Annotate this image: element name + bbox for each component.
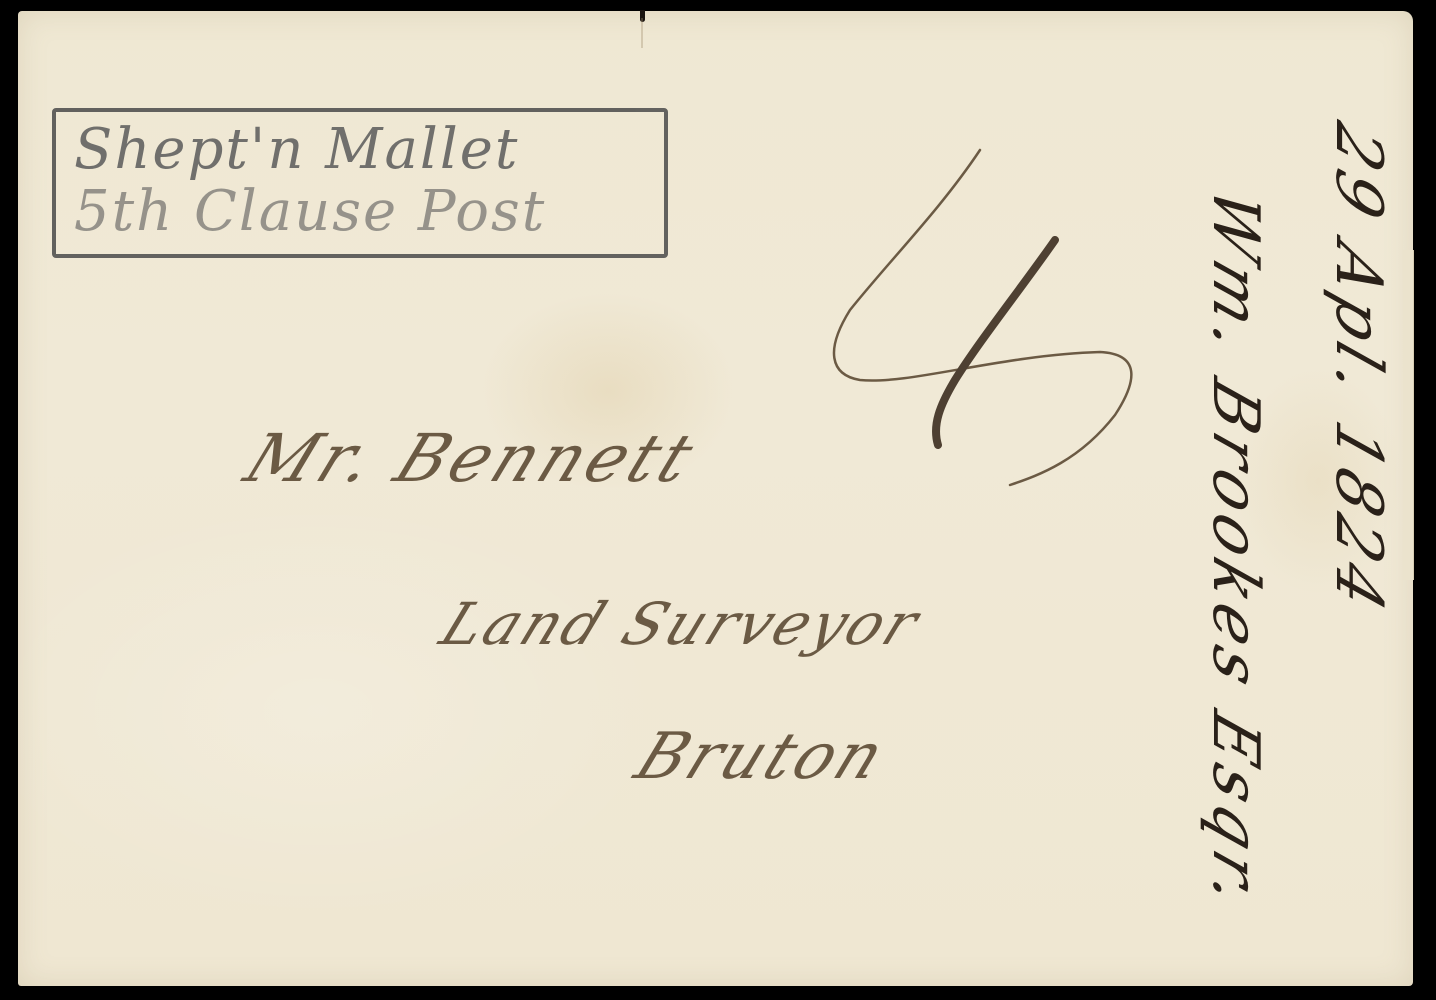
boxed-handstamp: Shept'n Mallet 5th Clause Post <box>52 108 668 258</box>
fold-flap-edge <box>1403 250 1414 580</box>
handstamp-service: 5th Clause Post <box>74 180 546 244</box>
docket-date: 29 Apl. 1824 <box>1321 113 1395 625</box>
fold-crease <box>641 18 643 48</box>
addressee-town: Bruton <box>625 720 897 794</box>
addressee-name: Mr. Bennett <box>234 420 708 497</box>
handstamp-town: Shept'n Mallet <box>74 118 519 182</box>
manuscript-rate-mark: 6 <box>820 140 1160 490</box>
addressee-title: Land Surveyor <box>431 590 931 658</box>
photo-stage: Shept'n Mallet 5th Clause Post 6 Mr. Ben… <box>0 0 1436 1000</box>
rate-mark-value: 6 <box>820 140 828 144</box>
docket-sender: Wm. Brookes Esqr. <box>1198 178 1272 923</box>
